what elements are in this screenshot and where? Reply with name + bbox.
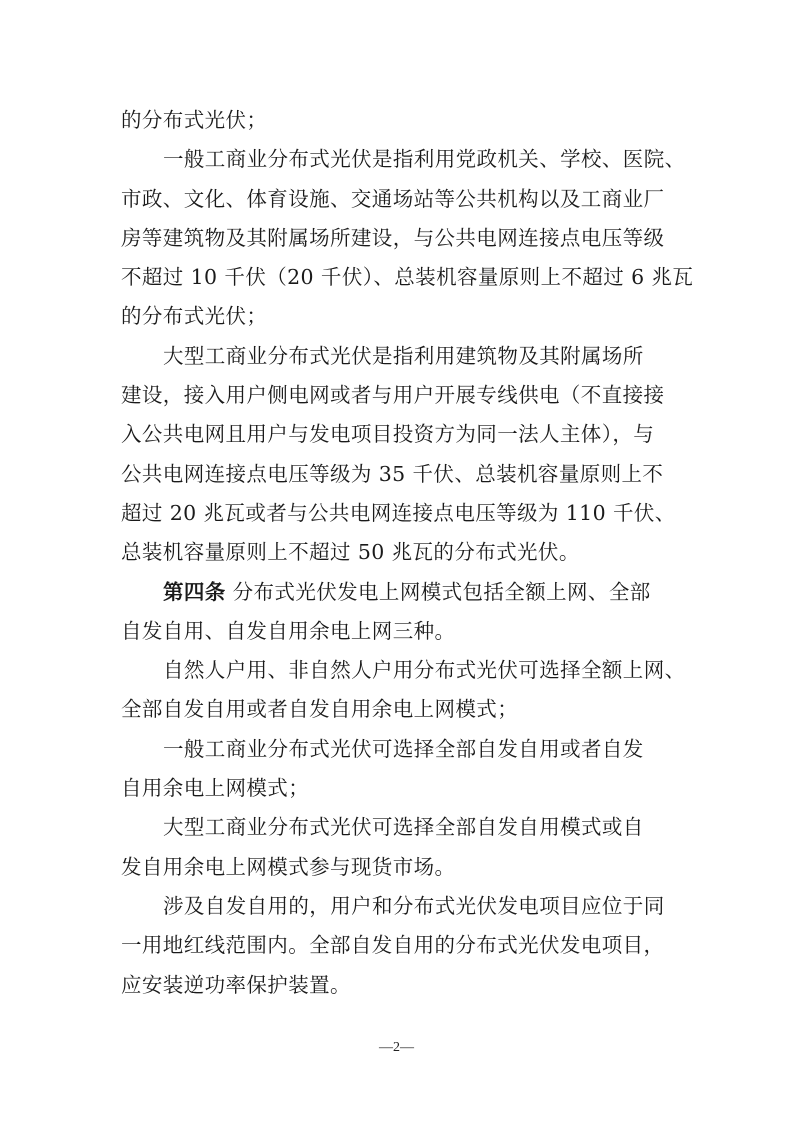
text-line: 自然人户用、非自然人户用分布式光伏可选择全额上网、 bbox=[121, 651, 681, 690]
text-line: 房等建筑物及其附属场所建设，与公共电网连接点电压等级 bbox=[121, 219, 681, 258]
text-line: 发自用余电上网模式参与现货市场。 bbox=[121, 848, 681, 887]
line-text: 一般工商业分布式光伏可选择全部自发自用或者自发 bbox=[163, 737, 644, 761]
line-text: 公共电网连接点电压等级为 35 千伏、总装机容量原则上不 bbox=[121, 462, 663, 486]
text-line: 涉及自发自用的，用户和分布式光伏发电项目应位于同 bbox=[121, 887, 681, 926]
line-text: 发自用余电上网模式参与现货市场。 bbox=[121, 855, 455, 879]
line-text: 一用地红线范围内。全部自发自用的分布式光伏发电项目， bbox=[121, 933, 664, 957]
line-text: 市政、文化、体育设施、交通场站等公共机构以及工商业厂 bbox=[121, 187, 664, 211]
text-line: 的分布式光伏； bbox=[121, 101, 681, 140]
line-text: 房等建筑物及其附属场所建设，与公共电网连接点电压等级 bbox=[121, 226, 664, 250]
text-line: 不超过 10 千伏（20 千伏）、总装机容量原则上不超过 6 兆瓦 bbox=[121, 258, 681, 297]
line-text: 涉及自发自用的，用户和分布式光伏发电项目应位于同 bbox=[163, 894, 665, 918]
article-heading-line: 第四条 分布式光伏发电上网模式包括全额上网、全部 bbox=[121, 573, 681, 612]
text-line: 大型工商业分布式光伏可选择全部自发自用模式或自 bbox=[121, 808, 681, 847]
text-line: 公共电网连接点电压等级为 35 千伏、总装机容量原则上不 bbox=[121, 455, 681, 494]
text-line: 市政、文化、体育设施、交通场站等公共机构以及工商业厂 bbox=[121, 180, 681, 219]
text-line: 应安装逆功率保护装置。 bbox=[121, 966, 681, 1005]
line-text: 一般工商业分布式光伏是指利用党政机关、学校、医院、 bbox=[163, 147, 686, 171]
document-page: 的分布式光伏； 一般工商业分布式光伏是指利用党政机关、学校、医院、 市政、文化、… bbox=[0, 0, 793, 1122]
line-text: 的分布式光伏； bbox=[121, 108, 267, 132]
line-text: 自发自用、自发自用余电上网三种。 bbox=[121, 619, 455, 643]
text-line: 入公共电网且用户与发电项目投资方为同一法人主体），与 bbox=[121, 415, 681, 454]
line-text: 分布式光伏发电上网模式包括全额上网、全部 bbox=[226, 580, 651, 604]
body-text: 的分布式光伏； 一般工商业分布式光伏是指利用党政机关、学校、医院、 市政、文化、… bbox=[121, 101, 681, 1005]
text-line: 一般工商业分布式光伏可选择全部自发自用或者自发 bbox=[121, 730, 681, 769]
text-line: 全部自发自用或者自发自用余电上网模式； bbox=[121, 690, 681, 729]
article-number: 第四条 bbox=[163, 580, 226, 604]
page-number: —2— bbox=[0, 1040, 793, 1056]
text-line: 大型工商业分布式光伏是指利用建筑物及其附属场所 bbox=[121, 337, 681, 376]
text-line: 一用地红线范围内。全部自发自用的分布式光伏发电项目， bbox=[121, 926, 681, 965]
text-line: 超过 20 兆瓦或者与公共电网连接点电压等级为 110 千伏、 bbox=[121, 494, 681, 533]
text-line: 一般工商业分布式光伏是指利用党政机关、学校、医院、 bbox=[121, 140, 681, 179]
text-line: 的分布式光伏； bbox=[121, 297, 681, 336]
line-text: 总装机容量原则上不超过 50 兆瓦的分布式光伏。 bbox=[121, 540, 580, 564]
line-text: 自用余电上网模式； bbox=[121, 776, 309, 800]
line-text: 的分布式光伏； bbox=[121, 304, 267, 328]
line-text: 全部自发自用或者自发自用余电上网模式； bbox=[121, 697, 518, 721]
text-line: 自发自用、自发自用余电上网三种。 bbox=[121, 612, 681, 651]
line-text: 入公共电网且用户与发电项目投资方为同一法人主体），与 bbox=[121, 422, 654, 446]
line-text: 应安装逆功率保护装置。 bbox=[121, 973, 351, 997]
line-text: 建设，接入用户侧电网或者与用户开展专线供电（不直接接 bbox=[121, 383, 664, 407]
text-line: 总装机容量原则上不超过 50 兆瓦的分布式光伏。 bbox=[121, 533, 681, 572]
text-line: 建设，接入用户侧电网或者与用户开展专线供电（不直接接 bbox=[121, 376, 681, 415]
line-text: 自然人户用、非自然人户用分布式光伏可选择全额上网、 bbox=[163, 658, 686, 682]
line-text: 超过 20 兆瓦或者与公共电网连接点电压等级为 110 千伏、 bbox=[121, 501, 676, 525]
line-text: 不超过 10 千伏（20 千伏）、总装机容量原则上不超过 6 兆瓦 bbox=[121, 265, 693, 289]
text-line: 自用余电上网模式； bbox=[121, 769, 681, 808]
line-text: 大型工商业分布式光伏可选择全部自发自用模式或自 bbox=[163, 815, 644, 839]
line-text: 大型工商业分布式光伏是指利用建筑物及其附属场所 bbox=[163, 344, 644, 368]
